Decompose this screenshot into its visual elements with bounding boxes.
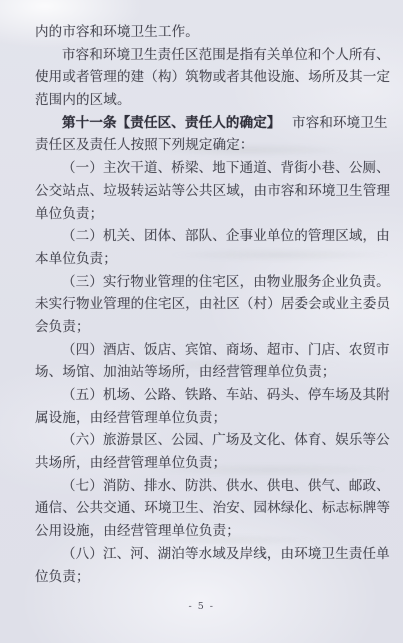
text-line: 通信、公共交通、环境卫生、治安、园林绿化、标志标牌等 bbox=[35, 497, 393, 520]
document-body: 内的市容和环境卫生工作。 市容和环境卫生责任区范围是指有关单位和个人所有、 使用… bbox=[35, 21, 393, 588]
article-heading-line: 第十一条【责任区、责任人的确定】市容和环境卫生 bbox=[35, 112, 393, 135]
page-number: - 5 - bbox=[0, 601, 403, 612]
list-item-line: （一）主次干道、桥梁、地下通道、背街小巷、公厕、 bbox=[35, 157, 393, 180]
text-line: 使用或者管理的建（构）筑物或者其他设施、场所及其一定 bbox=[35, 66, 393, 89]
list-item-line: （六）旅游景区、公园、广场及文化、体育、娱乐等公 bbox=[35, 429, 393, 452]
text-line: 公用设施，由经营管理单位负责； bbox=[35, 520, 393, 543]
list-item-line: （三）实行物业管理的住宅区，由物业服务企业负责。 bbox=[35, 271, 393, 294]
list-item-line: （四）酒店、饭店、宾馆、商场、超市、门店、农贸市 bbox=[35, 339, 393, 362]
text-line: 未实行物业管理的住宅区，由社区（村）居委会或业主委员 bbox=[35, 293, 393, 316]
text-line: 场、场馆、加油站等场所，由经营管理单位负责； bbox=[35, 361, 393, 384]
text-line: 市容和环境卫生责任区范围是指有关单位和个人所有、 bbox=[35, 44, 393, 67]
text-line: 本单位负责； bbox=[35, 248, 393, 271]
text-line: 公交站点、垃圾转运站等公共区域，由市容和环境卫生管理 bbox=[35, 180, 393, 203]
text-line: 属设施，由经营管理单位负责； bbox=[35, 407, 393, 430]
text-line: 位负责； bbox=[35, 566, 393, 589]
text-line: 共场所，由经营管理单位负责； bbox=[35, 452, 393, 475]
text-line: 范围内的区域。 bbox=[35, 89, 393, 112]
article-heading-rest: 市容和环境卫生 bbox=[292, 115, 388, 131]
list-item-line: （二）机关、团体、部队、企事业单位的管理区域，由 bbox=[35, 225, 393, 248]
list-item-line: （七）消防、排水、防洪、供水、供电、供气、邮政、 bbox=[35, 475, 393, 498]
text-line: 内的市容和环境卫生工作。 bbox=[35, 21, 393, 44]
text-line: 会负责； bbox=[35, 316, 393, 339]
text-line: 单位负责； bbox=[35, 203, 393, 226]
text-line: 责任区及责任人按照下列规定确定： bbox=[35, 134, 393, 157]
article-heading-bold: 第十一条【责任区、责任人的确定】 bbox=[62, 115, 281, 131]
list-item-line: （八）江、河、湖泊等水域及岸线，由环境卫生责任单 bbox=[35, 543, 393, 566]
list-item-line: （五）机场、公路、铁路、车站、码头、停车场及其附 bbox=[35, 384, 393, 407]
